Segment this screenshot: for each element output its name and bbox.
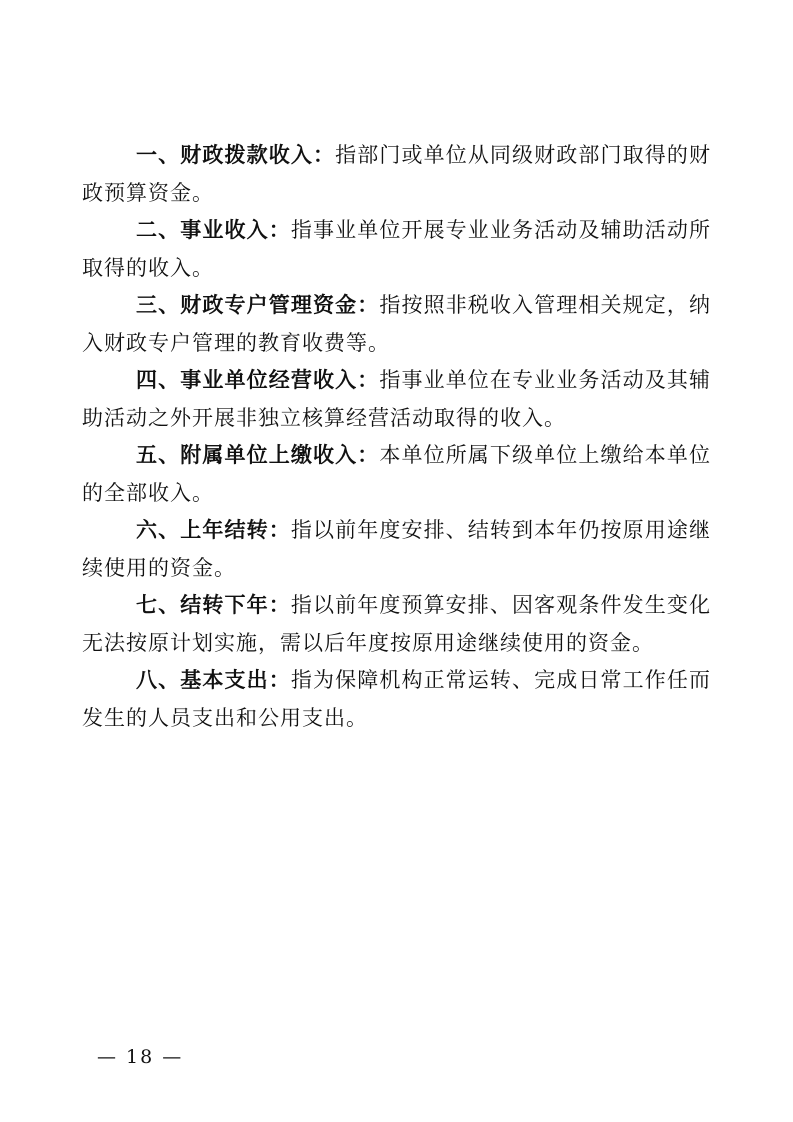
definition-paragraph: 一、财政拨款收入：指部门或单位从同级财政部门取得的财政预算资金。	[82, 137, 711, 212]
term-label: 六、上年结转：	[136, 518, 291, 542]
term-label: 三、财政专户管理资金：	[136, 293, 379, 317]
term-label: 八、基本支出：	[136, 668, 291, 692]
term-label: 五、附属单位上缴收入：	[136, 443, 379, 467]
definitions-section: 一、财政拨款收入：指部门或单位从同级财政部门取得的财政预算资金。 二、事业收入：…	[82, 137, 711, 737]
definition-paragraph: 七、结转下年：指以前年度预算安排、因客观条件发生变化无法按原计划实施，需以后年度…	[82, 587, 711, 662]
definition-paragraph: 四、事业单位经营收入：指事业单位在专业业务活动及其辅助活动之外开展非独立核算经营…	[82, 362, 711, 437]
definition-paragraph: 三、财政专户管理资金：指按照非税收入管理相关规定，纳入财政专户管理的教育收费等。	[82, 287, 711, 362]
term-label: 二、事业收入：	[136, 218, 291, 242]
document-page: 一、财政拨款收入：指部门或单位从同级财政部门取得的财政预算资金。 二、事业收入：…	[0, 0, 793, 1122]
page-number: — 18 —	[97, 1046, 183, 1068]
definition-paragraph: 六、上年结转：指以前年度安排、结转到本年仍按原用途继续使用的资金。	[82, 512, 711, 587]
definition-paragraph: 八、基本支出：指为保障机构正常运转、完成日常工作任而发生的人员支出和公用支出。	[82, 662, 711, 737]
term-label: 一、财政拨款收入：	[136, 143, 335, 167]
definition-paragraph: 二、事业收入：指事业单位开展专业业务活动及辅助活动所取得的收入。	[82, 212, 711, 287]
term-label: 七、结转下年：	[136, 593, 291, 617]
term-label: 四、事业单位经营收入：	[136, 368, 379, 392]
definition-paragraph: 五、附属单位上缴收入：本单位所属下级单位上缴给本单位的全部收入。	[82, 437, 711, 512]
